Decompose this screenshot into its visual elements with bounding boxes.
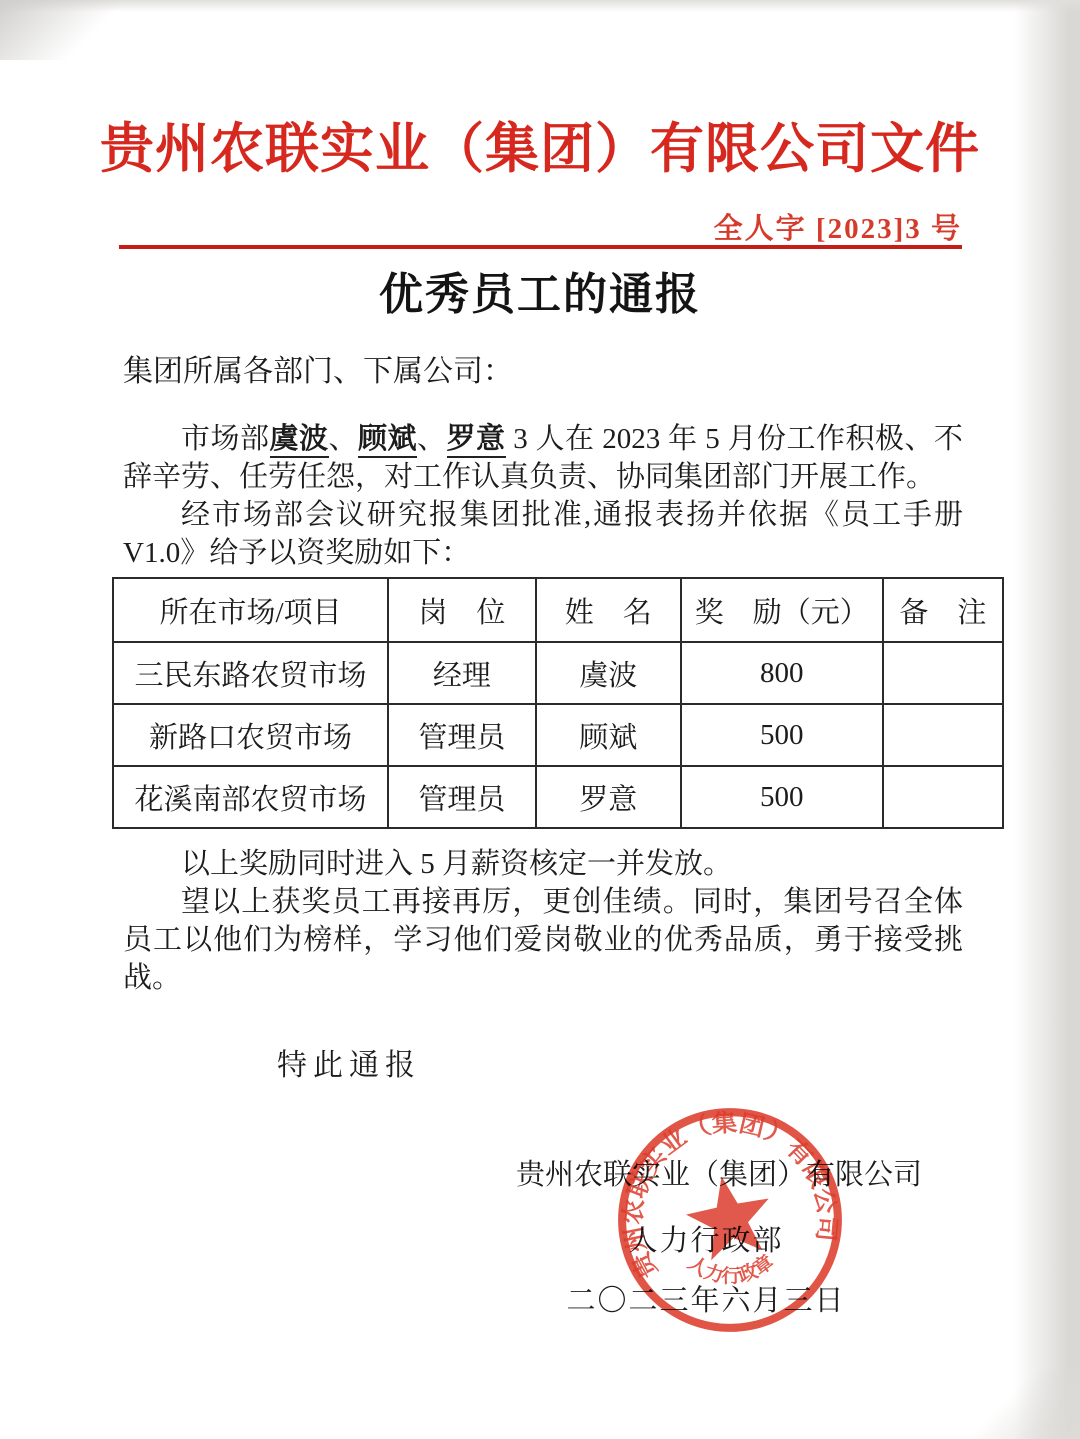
paragraph-encouragement: 望以上获奖员工再接再厉，更创佳绩。同时，集团号召全体员工以他们为榜样，学习他们爱… xyxy=(123,883,963,997)
signature-date: 二〇二三年六月三日 xyxy=(516,1278,896,1319)
scan-shadow-top-left xyxy=(0,0,170,60)
cell-market: 花溪南部农贸市场 xyxy=(113,766,388,828)
paragraph-recognition: 市场部虞波、顾斌、罗意 3 人在 2023 年 5 月份工作积极、不辞辛劳、任劳… xyxy=(123,420,963,496)
letterhead-title: 贵州农联实业（集团）有限公司文件 xyxy=(0,106,1080,183)
cell-reward: 500 xyxy=(681,766,883,828)
table-header-row: 所在市场/项目 岗 位 姓 名 奖 励（元） 备 注 xyxy=(113,578,1003,642)
table-row: 新路口农贸市场 管理员 顾斌 500 xyxy=(113,704,1003,766)
paragraph-approval: 经市场部会议研究报集团批准,通报表扬并依据《员工手册 V1.0》给予以资奖励如下… xyxy=(123,496,963,572)
doc-number: 全人字 [2023]3 号 xyxy=(714,206,962,247)
cell-name: 虞波 xyxy=(536,642,681,704)
employee-name-3: 罗意 xyxy=(447,423,506,458)
reward-table: 所在市场/项目 岗 位 姓 名 奖 励（元） 备 注 三民东路农贸市场 经理 虞… xyxy=(112,577,1004,829)
document-page: 贵州农联实业（集团）有限公司文件 全人字 [2023]3 号 优秀员工的通报 集… xyxy=(0,0,1080,1439)
cell-market: 三民东路农贸市场 xyxy=(113,642,388,704)
cell-market: 新路口农贸市场 xyxy=(113,704,388,766)
cell-name: 顾斌 xyxy=(536,704,681,766)
paragraph-payment: 以上奖励同时进入 5 月薪资核定一并发放。 xyxy=(123,845,963,883)
name-separator-1: 、 xyxy=(329,423,359,455)
column-header-remark: 备 注 xyxy=(883,578,1003,642)
signature-department: 人力行政部 xyxy=(516,1218,896,1259)
cell-position: 管理员 xyxy=(388,704,536,766)
salutation: 集团所属各部门、下属公司： xyxy=(123,346,513,390)
signature-block: 贵州农联实业（集团）有限公司 人力行政部 二〇二三年六月三日 xyxy=(516,1152,896,1319)
red-divider xyxy=(119,245,962,249)
column-header-position: 岗 位 xyxy=(388,578,536,642)
scan-shadow-right xyxy=(1014,0,1080,1439)
cell-position: 管理员 xyxy=(388,766,536,828)
table-row: 花溪南部农贸市场 管理员 罗意 500 xyxy=(113,766,1003,828)
cell-remark xyxy=(883,704,1003,766)
column-header-reward: 奖 励（元） xyxy=(681,578,883,642)
column-header-name: 姓 名 xyxy=(536,578,681,642)
body-intro: 市场部虞波、顾斌、罗意 3 人在 2023 年 5 月份工作积极、不辞辛劳、任劳… xyxy=(123,420,963,572)
name-separator-2: 、 xyxy=(417,423,447,455)
conclusion-statement: 特此通报 xyxy=(277,1040,421,1084)
employee-name-2: 顾斌 xyxy=(358,423,417,458)
cell-position: 经理 xyxy=(388,642,536,704)
column-header-market: 所在市场/项目 xyxy=(113,578,388,642)
body-closing: 以上奖励同时进入 5 月薪资核定一并发放。 望以上获奖员工再接再厉，更创佳绩。同… xyxy=(123,845,963,997)
table-row: 三民东路农贸市场 经理 虞波 800 xyxy=(113,642,1003,704)
scan-shadow-bottom-right xyxy=(960,1369,1080,1439)
cell-remark xyxy=(883,642,1003,704)
cell-name: 罗意 xyxy=(536,766,681,828)
employee-name-1: 虞波 xyxy=(270,423,329,458)
paragraph-prefix: 市场部 xyxy=(181,423,270,455)
cell-reward: 500 xyxy=(681,704,883,766)
cell-reward: 800 xyxy=(681,642,883,704)
document-title: 优秀员工的通报 xyxy=(0,258,1080,322)
signature-company: 贵州农联实业（集团）有限公司 xyxy=(516,1152,896,1193)
cell-remark xyxy=(883,766,1003,828)
